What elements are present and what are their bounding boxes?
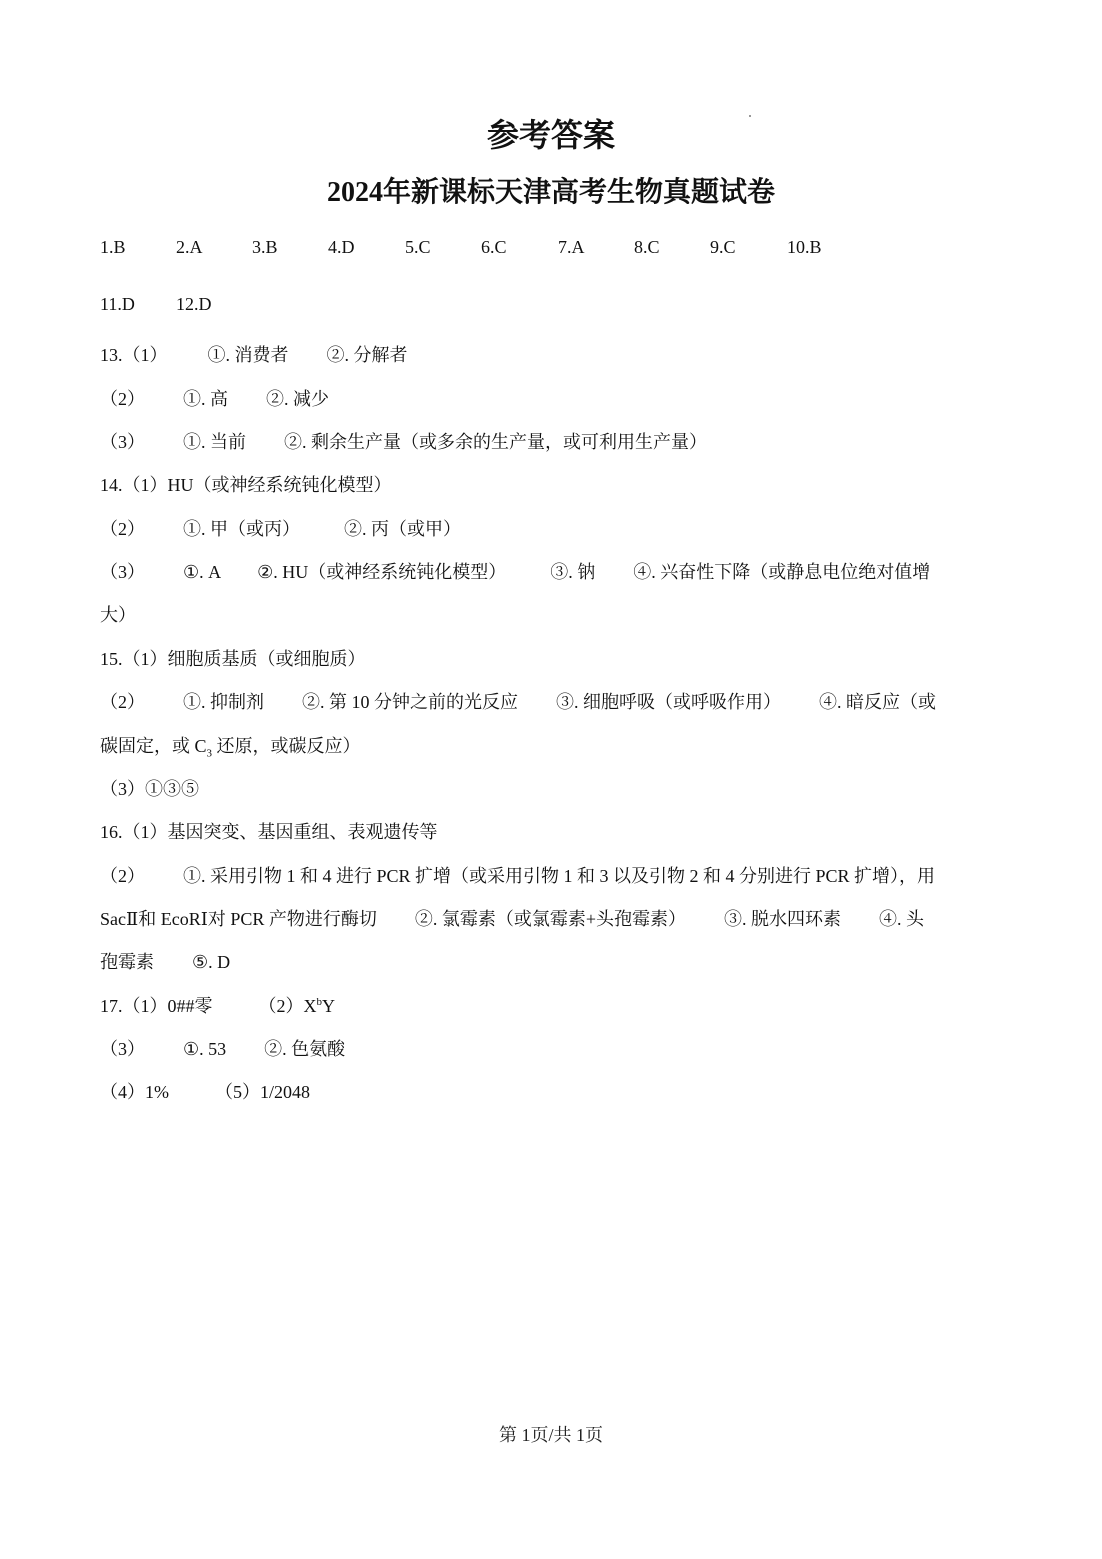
q14-part2: （2）①. 甲（或丙）②. 丙（或甲）	[100, 517, 461, 541]
page-title: 参考答案	[0, 110, 1102, 156]
mc-answer: 4.D	[328, 237, 355, 258]
mc-answer: 12.D	[176, 294, 212, 315]
q16-part2-line3: 孢霉素⑤. D	[100, 950, 230, 974]
q15-part2: （2）①. 抑制剂②. 第 10 分钟之前的光反应③. 细胞呼吸（或呼吸作用）④…	[100, 690, 936, 714]
exam-title: 2024年新课标天津高考生物真题试卷	[0, 170, 1102, 210]
q14-part1: 14.（1）HU（或神经系统钝化模型）	[100, 473, 392, 497]
mc-answer: 7.A	[558, 237, 585, 258]
mc-answer: 3.B	[252, 237, 278, 258]
mc-answer: 1.B	[100, 237, 126, 258]
mc-answer: 5.C	[405, 237, 431, 258]
q15-part1: 15.（1）细胞质基质（或细胞质）	[100, 647, 366, 671]
q16-part1: 16.（1）基因突变、基因重组、表观遗传等	[100, 820, 438, 844]
q17-part3: （3）①. 53②. 色氨酸	[100, 1037, 345, 1061]
q16-part2-line2: SacⅡ和 EcoRⅠ对 PCR 产物进行酶切②. 氯霉素（或氯霉素+头孢霉素）…	[100, 907, 924, 931]
q15-part3: （3）①③⑤	[100, 777, 199, 801]
q13-part3: （3）①. 当前②. 剩余生产量（或多余的生产量，或可利用生产量）	[100, 430, 707, 454]
mc-answer: 11.D	[100, 294, 135, 315]
q13-part1: 13.（1）①. 消费者②. 分解者	[100, 343, 408, 367]
mc-answer: 8.C	[634, 237, 660, 258]
q14-part3: （3）①. A②. HU（或神经系统钝化模型）③. 钠④. 兴奋性下降（或静息电…	[100, 560, 930, 584]
q17-part4-5: （4）1%（5）1/2048	[100, 1080, 310, 1104]
page-number: 第 1页/共 1页	[0, 1421, 1102, 1447]
q14-part3-continued: 大）	[100, 603, 136, 627]
mc-answer: 2.A	[176, 237, 203, 258]
q16-part2: （2）①. 采用引物 1 和 4 进行 PCR 扩增（或采用引物 1 和 3 以…	[100, 864, 935, 888]
mc-answer: 9.C	[710, 237, 736, 258]
q17-part1-2: 17.（1）0##零（2）XbY	[100, 994, 335, 1018]
mc-answer: 6.C	[481, 237, 507, 258]
q15-part2-continued: 碳固定，或 C3 还原，或碳反应）	[100, 734, 361, 758]
q13-part2: （2）①. 高②. 减少	[100, 387, 329, 411]
mc-answer: 10.B	[787, 237, 822, 258]
